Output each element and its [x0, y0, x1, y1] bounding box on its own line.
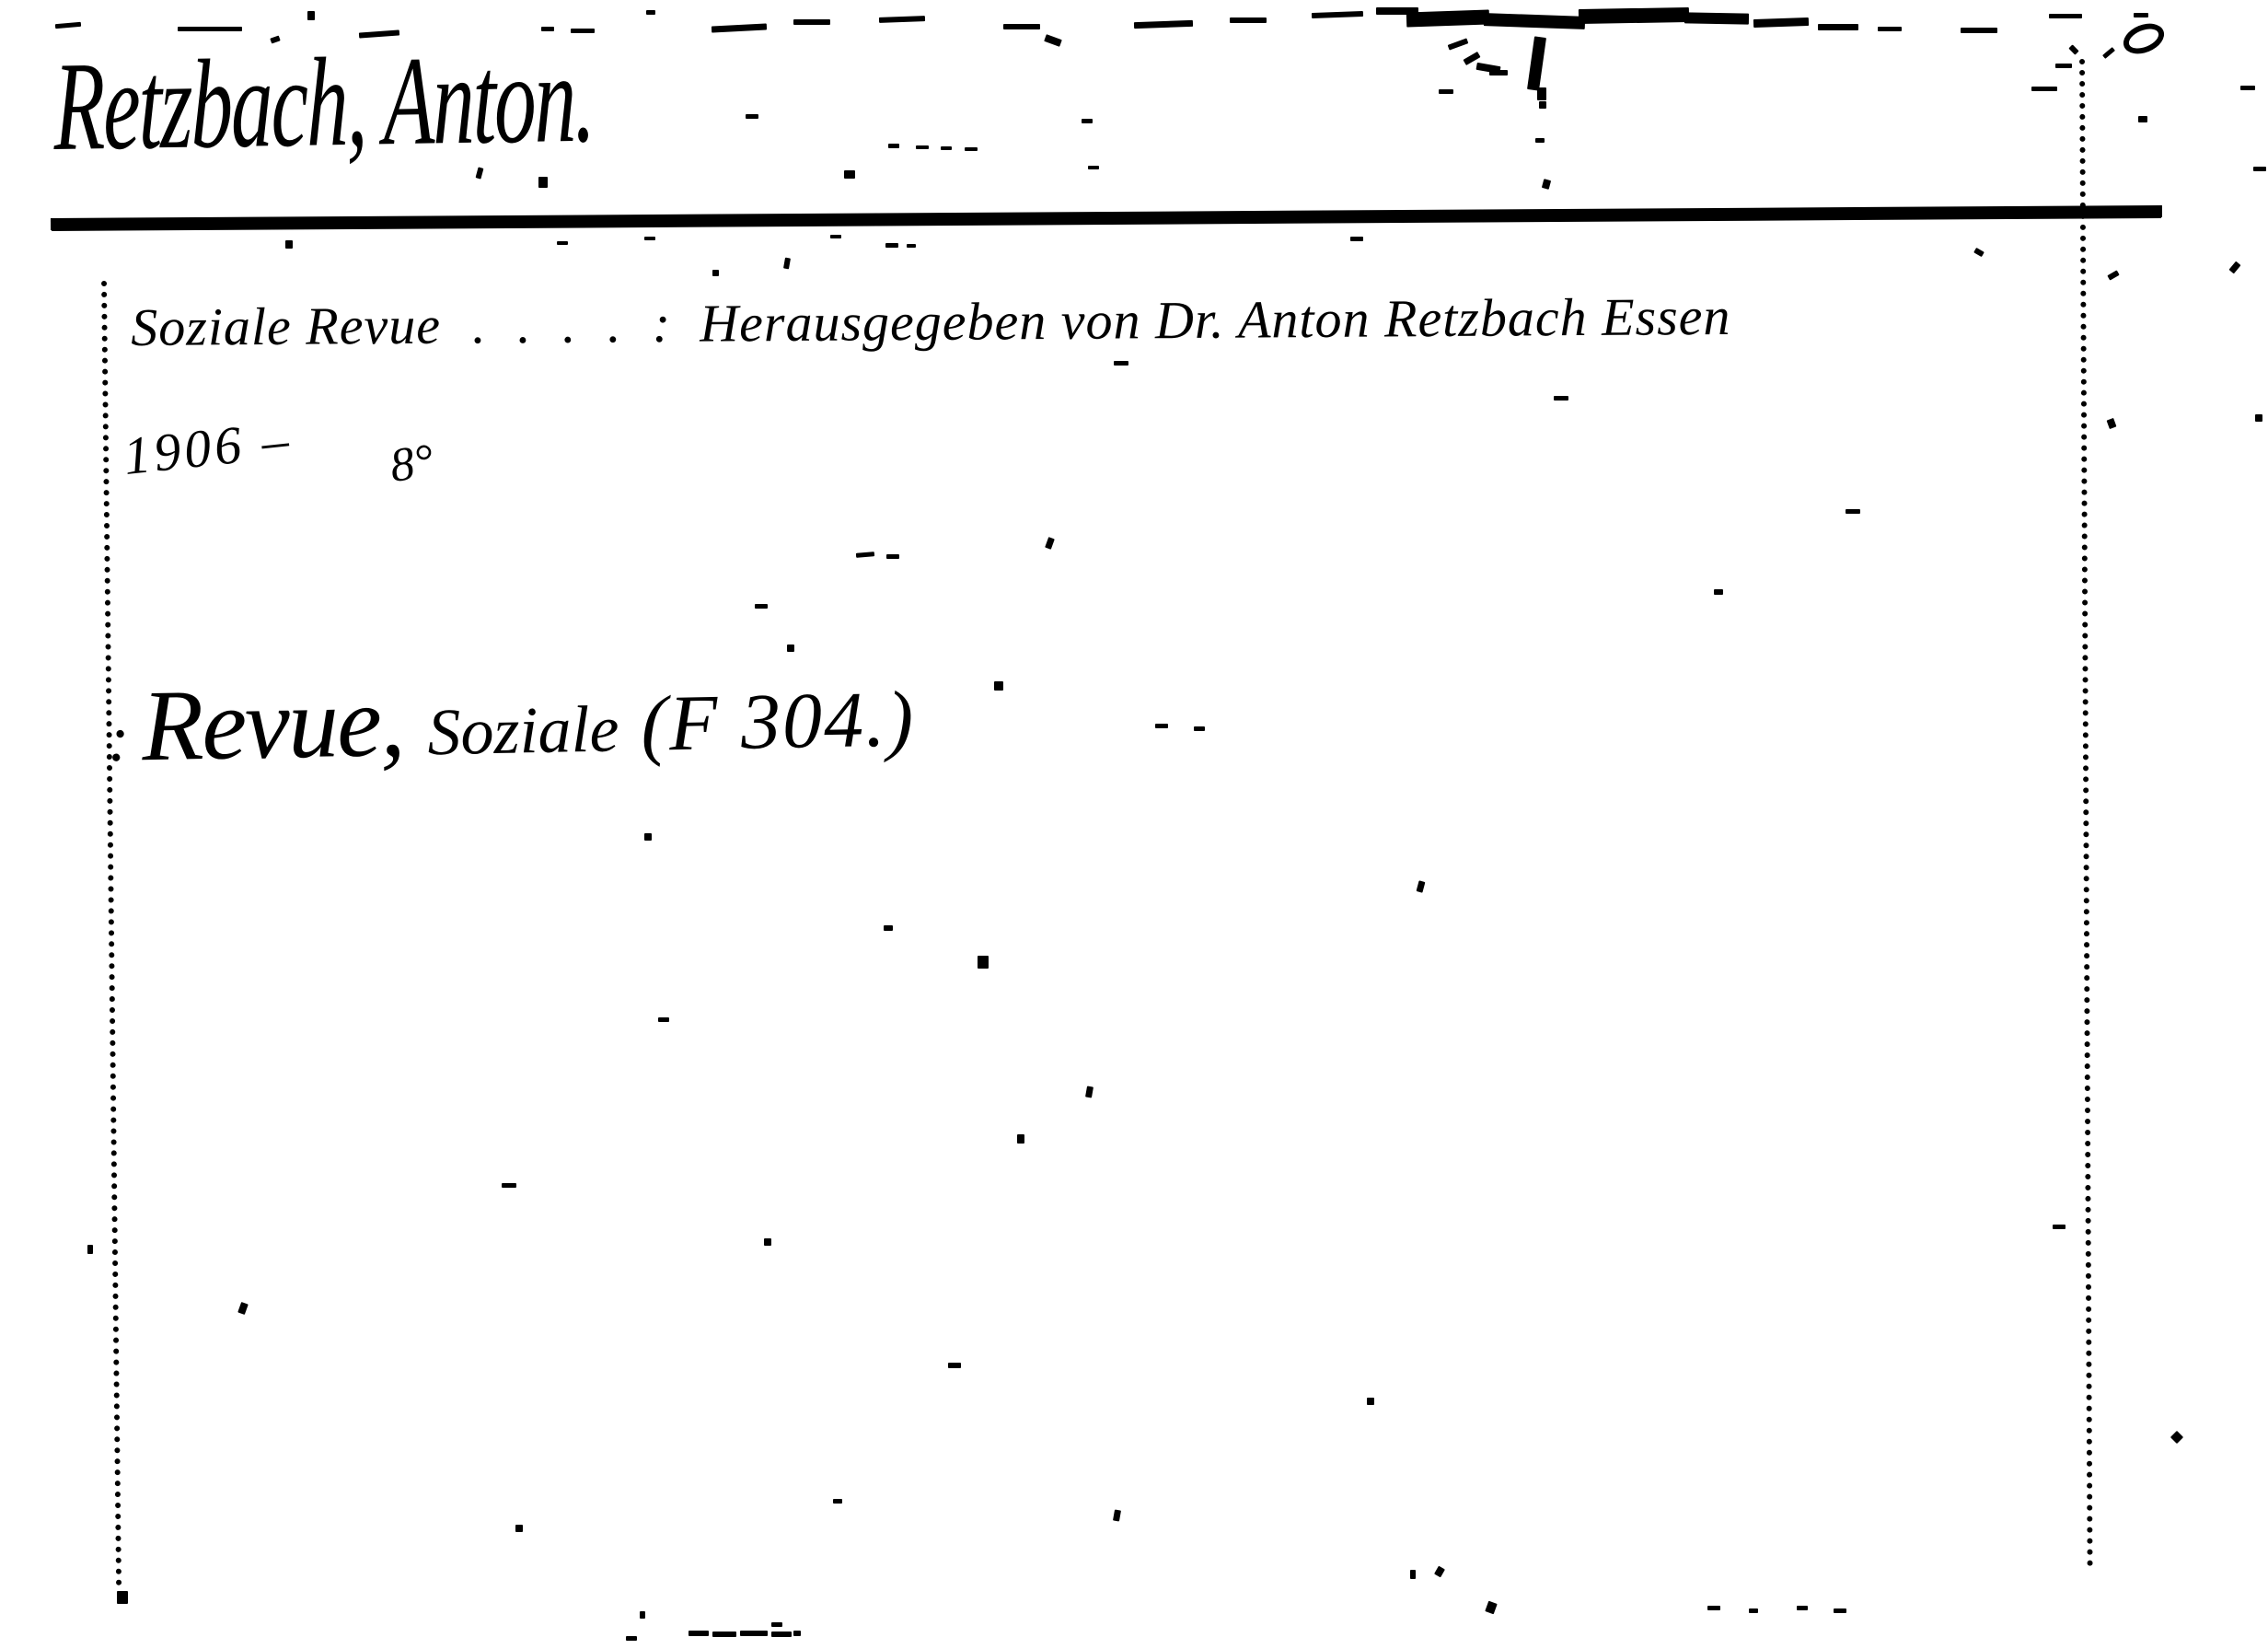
scan-speck	[712, 1632, 736, 1637]
scan-speck	[237, 1302, 249, 1315]
scan-speck	[1367, 1398, 1374, 1405]
scan-speck	[1439, 89, 1453, 94]
scan-speck	[1085, 1086, 1093, 1097]
scan-speck	[2102, 47, 2115, 59]
scan-speck	[2107, 270, 2119, 280]
scan-speck	[1406, 9, 1490, 27]
scan-speck	[2049, 14, 2082, 18]
scan-speck	[1484, 13, 1585, 29]
cross-reference-title: Revue,	[141, 663, 405, 784]
scan-speck	[793, 1631, 801, 1636]
scan-speck	[1230, 17, 1267, 23]
scan-speck	[856, 552, 874, 558]
scan-speck	[644, 833, 652, 841]
scan-speck	[1134, 20, 1193, 29]
oval-scan-mark-icon	[2119, 17, 2169, 59]
scan-speck	[2228, 261, 2240, 274]
scan-speck	[646, 10, 655, 15]
entry-format-octavo: 8°	[387, 434, 437, 494]
scan-speck	[1194, 726, 1205, 731]
scan-speck	[538, 177, 548, 188]
scan-speck	[916, 145, 929, 149]
left-dotted-border	[101, 281, 121, 1586]
entry-statement-of-responsibility: Herausgegeben von Dr. Anton Retzbach Ess…	[700, 286, 1731, 354]
scan-speck	[1082, 119, 1093, 123]
scan-speck	[1485, 1601, 1498, 1615]
right-dotted-border	[2079, 59, 2093, 1567]
scan-speck	[884, 925, 893, 931]
scan-speck	[1973, 248, 1984, 257]
scan-speck	[948, 1363, 961, 1368]
scan-speck	[746, 114, 758, 119]
scan-speck	[712, 270, 719, 276]
scan-speck	[2255, 414, 2262, 422]
scan-speck	[844, 170, 855, 179]
cross-reference-shelfmark: (F 304.)	[640, 672, 916, 770]
scan-speck	[515, 1525, 523, 1532]
scan-speck	[688, 1631, 709, 1636]
scan-speck	[1684, 12, 1749, 24]
scan-speck	[965, 147, 978, 151]
entry-title: Soziale Revue	[131, 296, 441, 357]
scan-speck	[1749, 1608, 1758, 1613]
scan-speck	[888, 144, 899, 148]
scan-speck	[886, 554, 899, 559]
scan-speck	[755, 604, 768, 609]
scan-speck	[771, 1622, 782, 1627]
scan-speck	[1088, 166, 1099, 169]
scan-speck	[994, 681, 1003, 691]
scan-speck	[658, 1017, 669, 1022]
scan-speck	[1537, 87, 1546, 100]
scan-speck	[1535, 138, 1545, 143]
scan-speck	[740, 1631, 768, 1636]
scan-speck	[1539, 101, 1546, 109]
scan-speck	[640, 1611, 645, 1619]
scan-speck	[793, 19, 830, 25]
scan-speck	[1527, 36, 1546, 90]
scan-speck	[178, 27, 242, 31]
scan-speck	[2055, 64, 2072, 68]
scan-speck	[2053, 1225, 2065, 1229]
scan-speck	[1878, 27, 1902, 31]
scan-speck	[1834, 1608, 1846, 1613]
cross-reference-subtitle: Soziale	[427, 691, 620, 771]
scan-speck	[1961, 28, 1997, 33]
card-heading-author: Retzbach, Anton.	[53, 29, 594, 177]
scan-speck	[1114, 361, 1128, 366]
scan-speck	[2068, 44, 2078, 54]
scan-speck	[1797, 1606, 1808, 1610]
scan-speck	[764, 1238, 771, 1246]
entry-year-range: 1906 –	[121, 408, 295, 487]
scan-speck	[1476, 63, 1501, 74]
scan-speck	[907, 244, 916, 248]
scan-noise-layer	[0, 0, 2268, 1649]
scan-speck	[2107, 418, 2117, 429]
scan-speck	[1113, 1509, 1121, 1521]
scan-speck	[1044, 34, 1062, 47]
scan-speck	[1350, 237, 1363, 241]
scan-speck	[557, 241, 568, 245]
scan-speck	[1045, 537, 1055, 550]
scan-speck	[978, 956, 989, 969]
scan-speck	[712, 23, 767, 32]
cross-reference-line: : Revue, Soziale (F 304.)	[107, 653, 917, 785]
scan-speck	[2138, 116, 2147, 122]
scan-speck	[833, 1499, 842, 1504]
entry-title-line: Soziale Revue. . . . :Herausgegeben von …	[131, 285, 1731, 358]
scan-speck	[117, 1591, 128, 1604]
scan-speck	[1312, 11, 1363, 18]
scan-speck	[1753, 17, 1809, 28]
scan-speck	[1155, 724, 1168, 728]
scan-speck	[941, 146, 952, 150]
scan-speck	[830, 235, 841, 238]
scan-speck	[285, 240, 293, 249]
scan-speck	[87, 1245, 93, 1254]
scan-speck	[2031, 87, 2057, 91]
scan-speck	[1434, 1566, 1445, 1578]
scan-speck	[1463, 52, 1480, 65]
scan-speck	[1707, 1606, 1720, 1610]
scan-speck	[1554, 396, 1568, 401]
scan-speck	[2134, 13, 2148, 17]
heading-rule	[51, 205, 2162, 230]
scan-speck	[55, 22, 81, 29]
scan-speck	[1489, 70, 1508, 75]
scan-speck	[1003, 24, 1040, 29]
scan-speck	[307, 11, 315, 20]
scan-speck	[1818, 24, 1858, 30]
scan-speck	[1448, 38, 1469, 50]
scan-speck	[885, 243, 898, 248]
scan-speck	[771, 1632, 792, 1637]
scan-speck	[787, 645, 794, 652]
cross-reference-prefix: :	[107, 703, 130, 777]
catalog-card: Retzbach, Anton. Soziale Revue. . . . :H…	[0, 0, 2268, 1649]
scan-speck	[1410, 1570, 1416, 1579]
scan-speck	[783, 258, 791, 270]
scan-speck	[2240, 86, 2255, 90]
entry-dots: . . . . :	[472, 294, 680, 355]
scan-speck	[2170, 1431, 2183, 1444]
scan-speck	[502, 1183, 516, 1188]
scan-speck	[1017, 1134, 1024, 1144]
scan-speck	[1846, 509, 1860, 514]
scan-speck	[2253, 167, 2266, 171]
scan-speck	[879, 16, 925, 23]
scan-speck	[1542, 179, 1551, 190]
scan-speck	[626, 1636, 637, 1641]
scan-speck	[1714, 589, 1723, 595]
scan-speck	[1376, 7, 1418, 15]
scan-speck	[1417, 880, 1426, 892]
scan-speck	[644, 237, 655, 240]
scan-speck	[1579, 7, 1689, 24]
